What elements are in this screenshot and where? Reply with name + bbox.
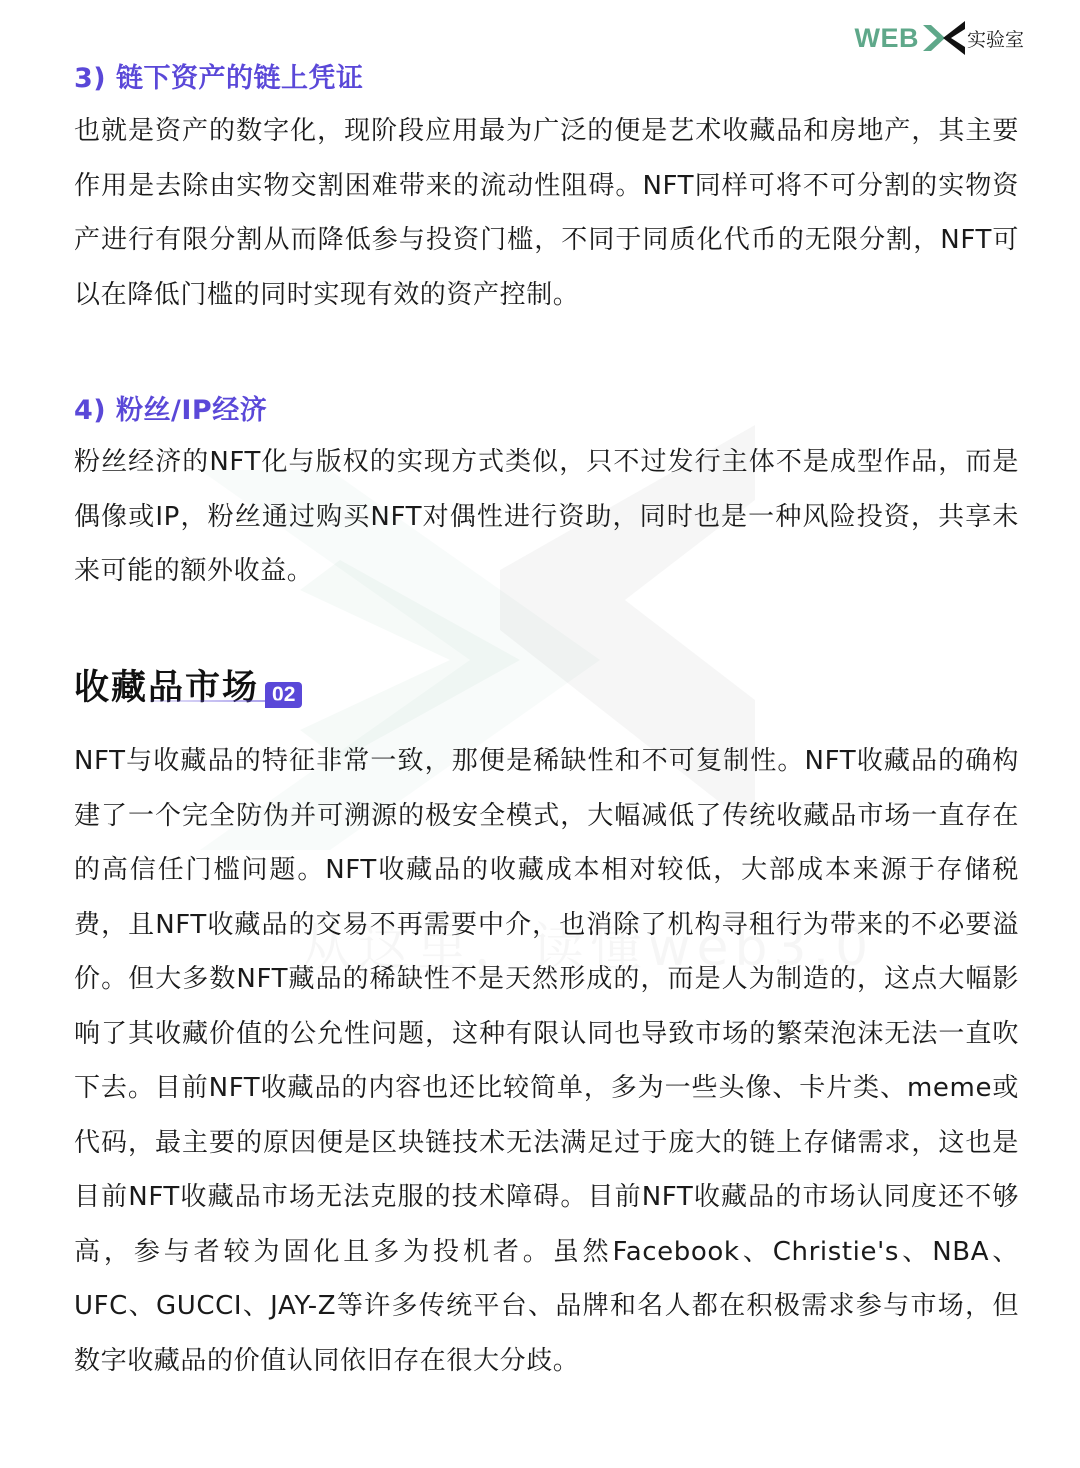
paragraph-offchain-assets: 也就是资产的数字化，现阶段应用最为广泛的便是艺术收藏品和房地产，其主要作用是去除… xyxy=(74,104,1019,322)
section-title: 收藏品市场 xyxy=(74,666,259,710)
brand-logo: WEB 实验室 xyxy=(854,18,1024,58)
paragraph-collectibles-market: NFT与收藏品的特征非常一致，那便是稀缺性和不可复制性。NFT收藏品的确构建了一… xyxy=(74,734,1019,1388)
section-underline xyxy=(150,700,280,702)
paragraph-fan-ip-economy: 粉丝经济的NFT化与版权的实现方式类似，只不过发行主体不是成型作品，而是偶像或I… xyxy=(74,435,1019,599)
logo-web-text: WEB xyxy=(854,23,919,54)
subheading-offchain-assets: 3) 链下资产的链上凭证 xyxy=(74,56,364,95)
subheading-fan-ip-economy: 4) 粉丝/IP经济 xyxy=(74,388,267,427)
section-number-badge: 02 xyxy=(265,682,302,708)
logo-x-chevron-icon xyxy=(923,21,965,55)
logo-lab-text: 实验室 xyxy=(967,25,1024,52)
